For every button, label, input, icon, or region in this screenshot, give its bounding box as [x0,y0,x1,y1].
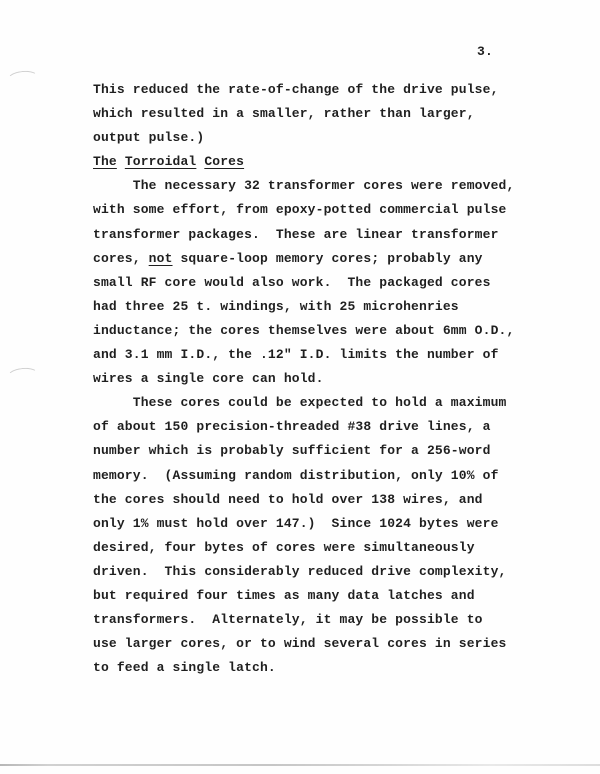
text-line: driven. This considerably reduced drive … [93,560,563,584]
text-segment: the cores should need to hold over 138 w… [93,492,483,507]
text-line: small RF core would also work. The packa… [93,271,563,295]
text-line: and 3.1 mm I.D., the .12" I.D. limits th… [93,343,563,367]
text-segment: driven. This considerably reduced drive … [93,564,506,579]
text-line: but required four times as many data lat… [93,584,563,608]
text-line: number which is probably sufficient for … [93,439,563,463]
underlined-text: Torroidal [125,154,197,169]
text-segment: number which is probably sufficient for … [93,443,491,458]
text-line: This reduced the rate-of-change of the d… [93,78,563,102]
text-line: had three 25 t. windings, with 25 microh… [93,295,563,319]
text-line: use larger cores, or to wind several cor… [93,632,563,656]
bottom-scan-edge [0,764,600,766]
text-line: memory. (Assuming random distribution, o… [93,464,563,488]
text-line: These cores could be expected to hold a … [93,391,563,415]
page-text: This reduced the rate-of-change of the d… [93,78,563,680]
text-line: transformers. Alternately, it may be pos… [93,608,563,632]
text-segment: transformers. Alternately, it may be pos… [93,612,483,627]
page-number: 3. [477,44,493,59]
text-segment: only 1% must hold over 147.) Since 1024 … [93,516,499,531]
text-segment: which resulted in a smaller, rather than… [93,106,475,121]
text-line: transformer packages. These are linear t… [93,223,563,247]
binding-mark-top [6,69,39,88]
text-segment: output pulse.) [93,130,204,145]
scanned-document-page: 3. This reduced the rate-of-change of th… [0,0,600,774]
text-segment [117,154,125,169]
text-line: of about 150 precision-threaded #38 driv… [93,415,563,439]
text-segment: square-loop memory cores; probably any [173,251,483,266]
text-segment: wires a single core can hold. [93,371,324,386]
text-segment: use larger cores, or to wind several cor… [93,636,506,651]
text-segment: This reduced the rate-of-change of the d… [93,82,499,97]
underlined-text: The [93,154,117,169]
underlined-text: not [149,251,173,266]
text-segment: inductance; the cores themselves were ab… [93,323,514,338]
underlined-text: Cores [204,154,244,169]
text-segment: small RF core would also work. The packa… [93,275,491,290]
text-line: inductance; the cores themselves were ab… [93,319,563,343]
text-line: The necessary 32 transformer cores were … [93,174,563,198]
text-line: only 1% must hold over 147.) Since 1024 … [93,512,563,536]
text-segment: and 3.1 mm I.D., the .12" I.D. limits th… [93,347,499,362]
binding-mark-middle [6,366,39,385]
text-line: desired, four bytes of cores were simult… [93,536,563,560]
text-line: wires a single core can hold. [93,367,563,391]
text-segment: but required four times as many data lat… [93,588,475,603]
text-segment: had three 25 t. windings, with 25 microh… [93,299,459,314]
text-segment: cores, [93,251,149,266]
text-segment: The necessary 32 transformer cores were … [93,178,514,193]
text-segment: desired, four bytes of cores were simult… [93,540,475,555]
text-segment: of about 150 precision-threaded #38 driv… [93,419,491,434]
text-segment: to feed a single latch. [93,660,276,675]
text-line: which resulted in a smaller, rather than… [93,102,563,126]
text-line: cores, not square-loop memory cores; pro… [93,247,563,271]
text-segment: with some effort, from epoxy-potted comm… [93,202,506,217]
text-line: output pulse.) [93,126,563,150]
text-line: with some effort, from epoxy-potted comm… [93,198,563,222]
text-segment: transformer packages. These are linear t… [93,227,499,242]
heading-line: The Torroidal Cores [93,150,563,174]
text-segment: memory. (Assuming random distribution, o… [93,468,499,483]
text-segment: These cores could be expected to hold a … [93,395,506,410]
text-line: to feed a single latch. [93,656,563,680]
text-line: the cores should need to hold over 138 w… [93,488,563,512]
